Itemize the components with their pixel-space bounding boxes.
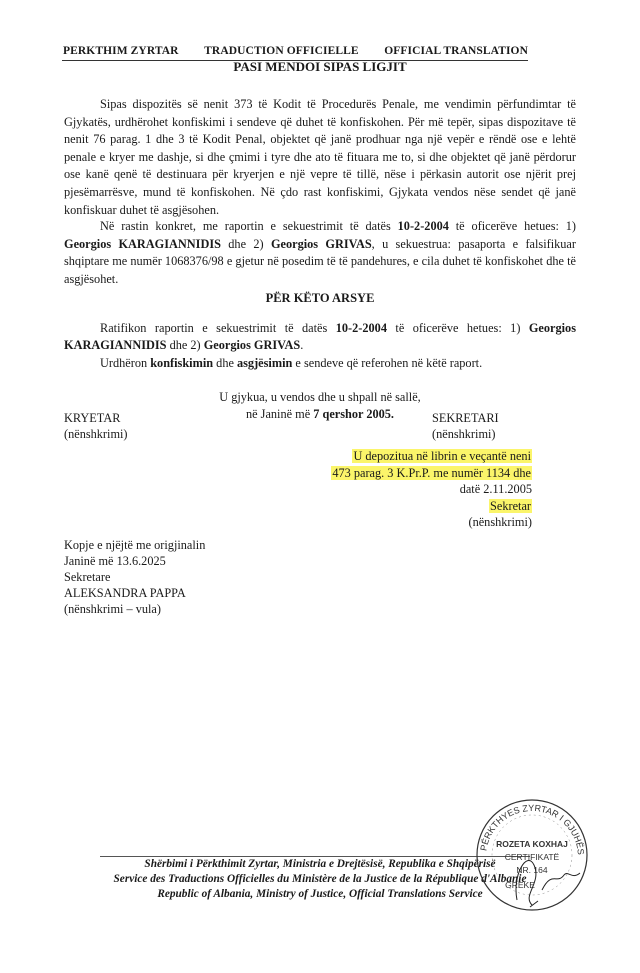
section-heading: PËR KËTO ARSYE	[0, 290, 640, 307]
document-title: PASI MENDOI SIPAS LIGJIT	[0, 59, 640, 75]
seizure-date: 10-2-2004	[398, 219, 449, 233]
signature-secretary: SEKRETARI (nënshkrimi)	[432, 410, 499, 442]
header-english: OFFICIAL TRANSLATION	[384, 45, 528, 57]
document-header: PERKTHIM ZYRTAR TRADUCTION OFFICIELLE OF…	[63, 45, 528, 57]
translator-stamp-icon: PËRKTHYES ZYRTAR I GJUHËS ROZETA KOXHAJ …	[472, 795, 592, 915]
paragraph-legal-basis: Sipas dispozitës së nenit 373 të Kodit t…	[64, 96, 576, 219]
paragraph-case-facts: Në rastin konkret, me raportin e sekuest…	[64, 218, 576, 288]
officer-2: Georgios GRIVAS	[271, 237, 372, 251]
document-page: PERKTHIM ZYRTAR TRADUCTION OFFICIELLE OF…	[0, 0, 640, 973]
paragraph-order: Urdhëron konfiskimin dhe asgjësimin e se…	[64, 355, 576, 373]
judgment-date: 7 qershor 2005.	[313, 407, 394, 421]
paragraph-ratify: Ratifikon raportin e sekuestrimit të dat…	[64, 320, 576, 354]
svg-text:GREKE: GREKE	[505, 880, 535, 890]
header-albanian: PERKTHIM ZYRTAR	[63, 45, 179, 57]
svg-text:CERTIFIKATË: CERTIFIKATË	[505, 852, 560, 862]
signature-president: KRYETAR (nënshkrimi)	[64, 410, 128, 442]
deposit-note: U depozitua në librin e veçantë neni 473…	[300, 448, 532, 531]
header-french: TRADUCTION OFFICIELLE	[204, 45, 359, 57]
officer-1: Georgios KARAGIANNIDIS	[64, 237, 221, 251]
svg-text:ROZETA KOXHAJ: ROZETA KOXHAJ	[496, 839, 568, 849]
copy-certification: Kopje e njëjtë me origjinalin Janinë më …	[64, 537, 205, 617]
